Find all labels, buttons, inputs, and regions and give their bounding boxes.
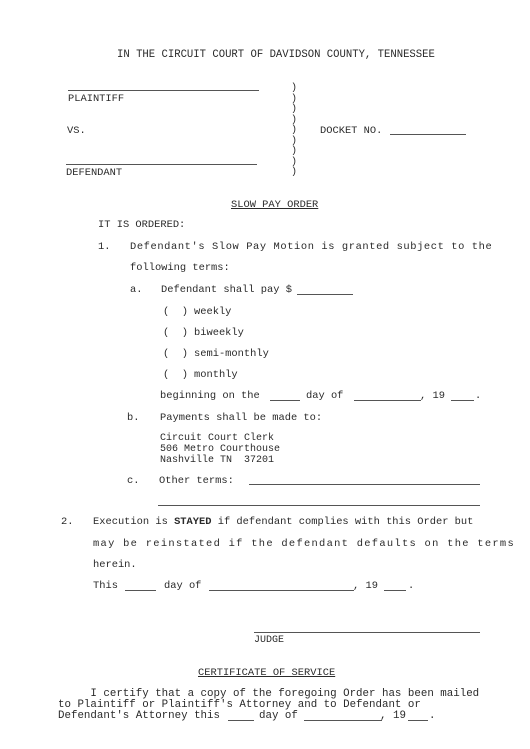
biweekly-checkbox[interactable]: ( ) <box>163 328 188 338</box>
item-b-text: Payments shall be made to: <box>160 413 322 423</box>
date-this: This <box>93 581 118 591</box>
beginning-year-line[interactable] <box>451 400 474 401</box>
item-2-text: if defendant complies with this Order bu… <box>211 516 473 528</box>
item-2-line-3: herein. <box>93 560 137 570</box>
paren: ) <box>291 126 299 136</box>
date-day-line[interactable] <box>125 590 156 591</box>
judge-signature-line[interactable] <box>254 632 480 633</box>
certificate-year-prefix: , 19 <box>380 711 406 722</box>
paren: ) <box>291 168 299 178</box>
other-terms-line-1[interactable] <box>249 484 480 485</box>
item-b-letter: b. <box>127 413 139 423</box>
address-line-2: 506 Metro Courthouse <box>160 445 280 455</box>
docket-number-line[interactable] <box>390 134 466 135</box>
item-1-number: 1. <box>98 242 110 252</box>
ordered-intro: IT IS ORDERED: <box>98 220 185 230</box>
address-line-3: Nashville TN 37201 <box>160 456 274 466</box>
item-c-text: Other terms: <box>159 476 234 486</box>
plaintiff-name-line[interactable] <box>68 90 259 91</box>
plaintiff-label: PLAINTIFF <box>68 94 124 104</box>
paren: ) <box>291 84 299 94</box>
order-title: SLOW PAY ORDER <box>231 200 318 210</box>
weekly-label: weekly <box>194 307 231 317</box>
item-2-line-2: may be reinstated if the defendant defau… <box>93 539 515 549</box>
date-year-prefix: , 19 <box>353 581 378 591</box>
certificate-day-of: day of <box>259 711 298 722</box>
item-1-line-1: Defendant's Slow Pay Motion is granted s… <box>130 242 492 252</box>
stayed-emphasis: STAYED <box>174 516 211 528</box>
judge-label: JUDGE <box>254 636 284 646</box>
period: . <box>475 391 481 401</box>
certificate-month-line[interactable] <box>304 720 382 721</box>
other-terms-line-2[interactable] <box>158 505 480 506</box>
biweekly-label: biweekly <box>194 328 244 338</box>
beginning-day-of: day of <box>306 391 343 401</box>
date-month-line[interactable] <box>209 590 354 591</box>
item-a-letter: a. <box>130 285 142 295</box>
beginning-prefix: beginning on the <box>160 391 260 401</box>
certificate-line-3-a: Defendant's Attorney this <box>58 711 220 722</box>
period: . <box>408 581 414 591</box>
beginning-month-line[interactable] <box>354 400 421 401</box>
item-c-letter: c. <box>127 476 139 486</box>
beginning-day-line[interactable] <box>270 400 300 401</box>
court-heading: IN THE CIRCUIT COURT OF DAVIDSON COUNTY,… <box>117 50 435 61</box>
docket-label: DOCKET NO. <box>320 126 382 136</box>
item-2-number: 2. <box>61 517 73 527</box>
defendant-name-line[interactable] <box>66 164 257 165</box>
weekly-checkbox[interactable]: ( ) <box>163 307 188 317</box>
beginning-year-prefix: , 19 <box>420 391 445 401</box>
paren: ) <box>291 147 299 157</box>
monthly-label: monthly <box>194 370 238 380</box>
certificate-title: CERTIFICATE OF SERVICE <box>198 668 335 678</box>
certificate-year-line[interactable] <box>408 720 428 721</box>
item-2-text: Execution is <box>93 516 174 528</box>
date-year-line[interactable] <box>384 590 406 591</box>
semi-monthly-label: semi-monthly <box>194 349 269 359</box>
period: . <box>429 711 435 722</box>
payment-amount-line[interactable] <box>297 294 353 295</box>
defendant-label: DEFENDANT <box>66 168 122 178</box>
paren: ) <box>291 105 299 115</box>
vs-label: VS. <box>67 126 86 136</box>
certificate-day-line[interactable] <box>228 720 254 721</box>
monthly-checkbox[interactable]: ( ) <box>163 370 188 380</box>
item-2-line-1: Execution is STAYED if defendant complie… <box>93 517 473 527</box>
item-a-text: Defendant shall pay $ <box>161 285 292 295</box>
address-line-1: Circuit Court Clerk <box>160 434 274 444</box>
date-day-of: day of <box>164 581 201 591</box>
semi-monthly-checkbox[interactable]: ( ) <box>163 349 188 359</box>
item-1-line-2: following terms: <box>130 263 230 273</box>
